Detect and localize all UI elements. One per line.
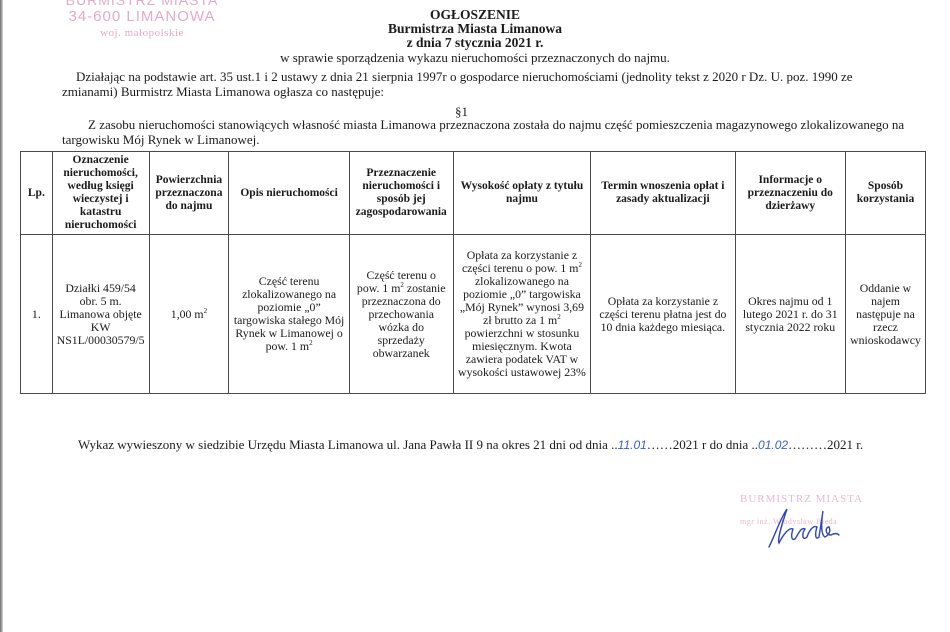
scan-edge <box>0 0 3 632</box>
cell-opis: Część terenu zlokalizowanego na poziomie… <box>229 235 349 394</box>
handwritten-date-from: 11.01 <box>618 438 647 452</box>
header-sposob: Sposób korzystania <box>845 152 925 235</box>
cell-przeznaczenie: Część terenu o pow. 1 m2 zostanie przezn… <box>349 235 453 394</box>
header-powierzchnia: Powierzchnia przeznaczona do najmu <box>149 152 229 235</box>
header-termin: Termin wnoszenia opłat i zasady aktualiz… <box>591 152 735 235</box>
document-title: OGŁOSZENIE <box>0 8 950 22</box>
cell-oplata: Opłata za korzystanie z części terenu o … <box>453 235 591 394</box>
header-informacje: Informacje o przeznaczeniu do dzierżawy <box>735 152 845 235</box>
header-lp: Lp. <box>21 152 53 235</box>
handwritten-date-to: 01.02 <box>758 438 788 452</box>
cell-sposob: Oddanie w najem następuje na rzecz wnios… <box>845 235 925 394</box>
opis-text: Część terenu zlokalizowanego na poziomie… <box>234 274 345 353</box>
cell-powierzchnia: 1,00 m2 <box>149 235 229 394</box>
table-header-row: Lp. Oznaczenie nieruchomości, według ksi… <box>21 152 926 235</box>
posting-notice: Wykaz wywieszony w siedzibie Urzędu Mias… <box>78 437 863 453</box>
document-date: z dnia 7 stycznia 2021 r. <box>0 36 950 50</box>
oplata-text-c: powierzchni w stosunku miesięcznym. Kwot… <box>458 326 586 379</box>
cell-oznaczenie: Działki 459/54 obr. 5 m. Limanowa objęte… <box>52 235 149 394</box>
paragraph-2-line-2: targowisku Mój Rynek w Limanowej. <box>62 132 259 147</box>
cell-informacje: Okres najmu od 1 lutego 2021 r. do 31 st… <box>735 235 845 394</box>
stamp-bottom-line-1: BURMISTRZ MIASTA <box>740 493 890 505</box>
area-value: 1,00 m <box>171 307 204 321</box>
footer-text-before: Wykaz wywieszony w siedzibie Urzędu Mias… <box>78 437 618 452</box>
superscript: 2 <box>557 313 561 321</box>
signature-icon <box>765 505 845 550</box>
superscript: 2 <box>309 339 313 347</box>
document-issuer: Burmistrza Miasta Limanowa <box>0 22 950 36</box>
paragraph-1-line-2: zmianami) Burmistrz Miasta Limanowa ogła… <box>62 84 384 99</box>
header-oplata: Wysokość opłaty z tytułu najmu <box>453 152 591 235</box>
cell-termin: Opłata za korzystanie z części terenu pł… <box>591 235 735 394</box>
paragraph-2-line-1: Z zasobu nieruchomości stanowiących włas… <box>88 117 904 132</box>
footer-text-middle: ……2021 r do dnia .. <box>647 437 758 452</box>
cell-lp: 1. <box>21 235 53 394</box>
header-oznaczenie: Oznaczenie nieruchomości, według księgi … <box>52 152 149 235</box>
superscript: 2 <box>204 307 208 315</box>
oplata-text-a: Opłata za korzystanie z części terenu o … <box>462 248 579 275</box>
header-opis: Opis nieruchomości <box>229 152 349 235</box>
oplata-text-b: zlokalizowanego na poziomie „0” targowis… <box>460 274 584 327</box>
property-table: Lp. Oznaczenie nieruchomości, według ksi… <box>20 151 926 394</box>
header-przeznaczenie: Przeznaczenie nieruchomości i sposób jej… <box>349 152 453 235</box>
superscript: 2 <box>578 261 582 269</box>
footer-text-after: ………2021 r. <box>788 437 863 452</box>
paragraph-1-line-1: Działając na podstawie art. 35 ust.1 i 2… <box>76 69 853 84</box>
document-subject: w sprawie sporządzenia wykazu nieruchomo… <box>0 50 950 66</box>
table-row: 1. Działki 459/54 obr. 5 m. Limanowa obj… <box>21 235 926 394</box>
stamp-line-1: BURMISTRZ MIASTA <box>62 0 222 8</box>
document-header: OGŁOSZENIE Burmistrza Miasta Limanowa z … <box>0 8 950 50</box>
